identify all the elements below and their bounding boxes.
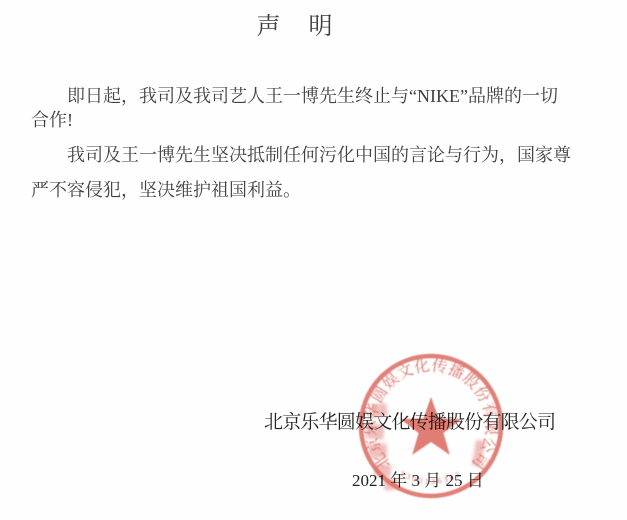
text-line: 严不容侵犯，坚决维护祖国利益。 (31, 173, 576, 208)
statement-paragraph-2: 我司及王一博先生坚决抵制任何污化中国的言论与行为，国家尊 严不容侵犯，坚决维护祖… (31, 138, 576, 208)
statement-document: 声 明 即日起，我司及我司艺人王一博先生终止与“NIKE”品牌的一切 合作! 我… (0, 0, 627, 520)
statement-paragraph-1: 即日起，我司及我司艺人王一博先生终止与“NIKE”品牌的一切 合作! (31, 84, 576, 132)
seal-star-icon (401, 397, 462, 455)
svg-text:1300136383: 1300136383 (398, 470, 463, 487)
document-title: 声 明 (0, 6, 591, 41)
text-line: 合作! (31, 108, 576, 132)
text-line: 我司及王一博先生坚决抵制任何污化中国的言论与行为，国家尊 (31, 138, 576, 173)
text-line: 即日起，我司及我司艺人王一博先生终止与“NIKE”品牌的一切 (31, 84, 576, 108)
company-seal-stamp: 北京乐华圆娱文化传播股份有限公司 1300136383 (357, 352, 505, 500)
seal-number: 1300136383 (398, 470, 463, 487)
